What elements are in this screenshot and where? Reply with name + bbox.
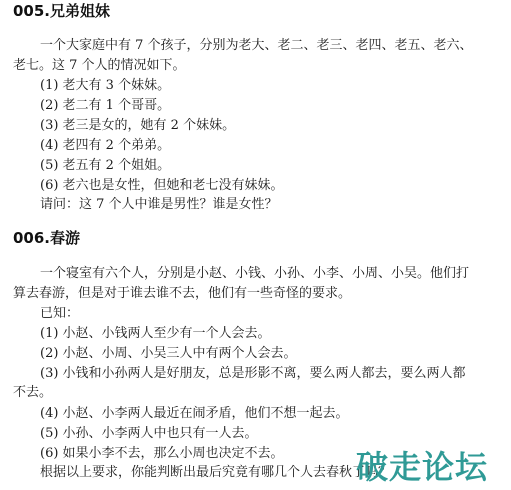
list-item: (2) 小赵、小周、小吴三人中有两个人会去。 xyxy=(40,345,297,363)
watermark-logo: 破走论坛 xyxy=(356,449,488,485)
list-item: (5) 小孙、小李两人中也只有一人去。 xyxy=(40,425,258,443)
question-text: 根据以上要求，你能判断出最后究竟有哪几个人去春秋了吗？ xyxy=(40,464,391,482)
list-item: (6) 老六也是女性，但她和老七没有妹妹。 xyxy=(40,177,284,195)
paragraph-line: 一个大家庭中有 7 个孩子，分别为老大、老二、老三、老四、老五、老六、 xyxy=(40,37,473,55)
list-item: (3) 老三是女的，她有 2 个妹妹。 xyxy=(40,117,235,135)
list-item: (1) 小赵、小钱两人至少有一个人会去。 xyxy=(40,325,271,343)
section-title-006: 006.春游 xyxy=(13,229,80,247)
paragraph-line: 一个寝室有六个人，分别是小赵、小钱、小孙、小李、小周、小吴。他们打 xyxy=(40,265,469,283)
question-text: 请问：这 7 个人中谁是男性？谁是女性？ xyxy=(40,196,278,214)
section-title-005: 005.兄弟姐妹 xyxy=(13,2,110,20)
list-item: (4) 小赵、小李两人最近在闹矛盾，他们不想一起去。 xyxy=(40,405,349,423)
paragraph-line: 老七。这 7 个人的情况如下。 xyxy=(13,57,186,75)
document-page: 005.兄弟姐妹 一个大家庭中有 7 个孩子，分别为老大、老二、老三、老四、老五… xyxy=(0,0,511,490)
known-label: 已知： xyxy=(40,305,79,323)
list-item: (1) 老大有 3 个妹妹。 xyxy=(40,77,170,95)
list-item-continuation: 不去。 xyxy=(13,384,52,402)
paragraph-line: 算去春游，但是对于谁去谁不去，他们有一些奇怪的要求。 xyxy=(13,285,351,303)
list-item: (4) 老四有 2 个弟弟。 xyxy=(40,137,170,155)
list-item: (3) 小钱和小孙两人是好朋友，总是形影不离，要么两人都去，要么两人都 xyxy=(40,365,466,383)
list-item: (5) 老五有 2 个姐姐。 xyxy=(40,157,170,175)
list-item: (2) 老二有 1 个哥哥。 xyxy=(40,97,170,115)
list-item: (6) 如果小李不去，那么小周也决定不去。 xyxy=(40,445,284,463)
